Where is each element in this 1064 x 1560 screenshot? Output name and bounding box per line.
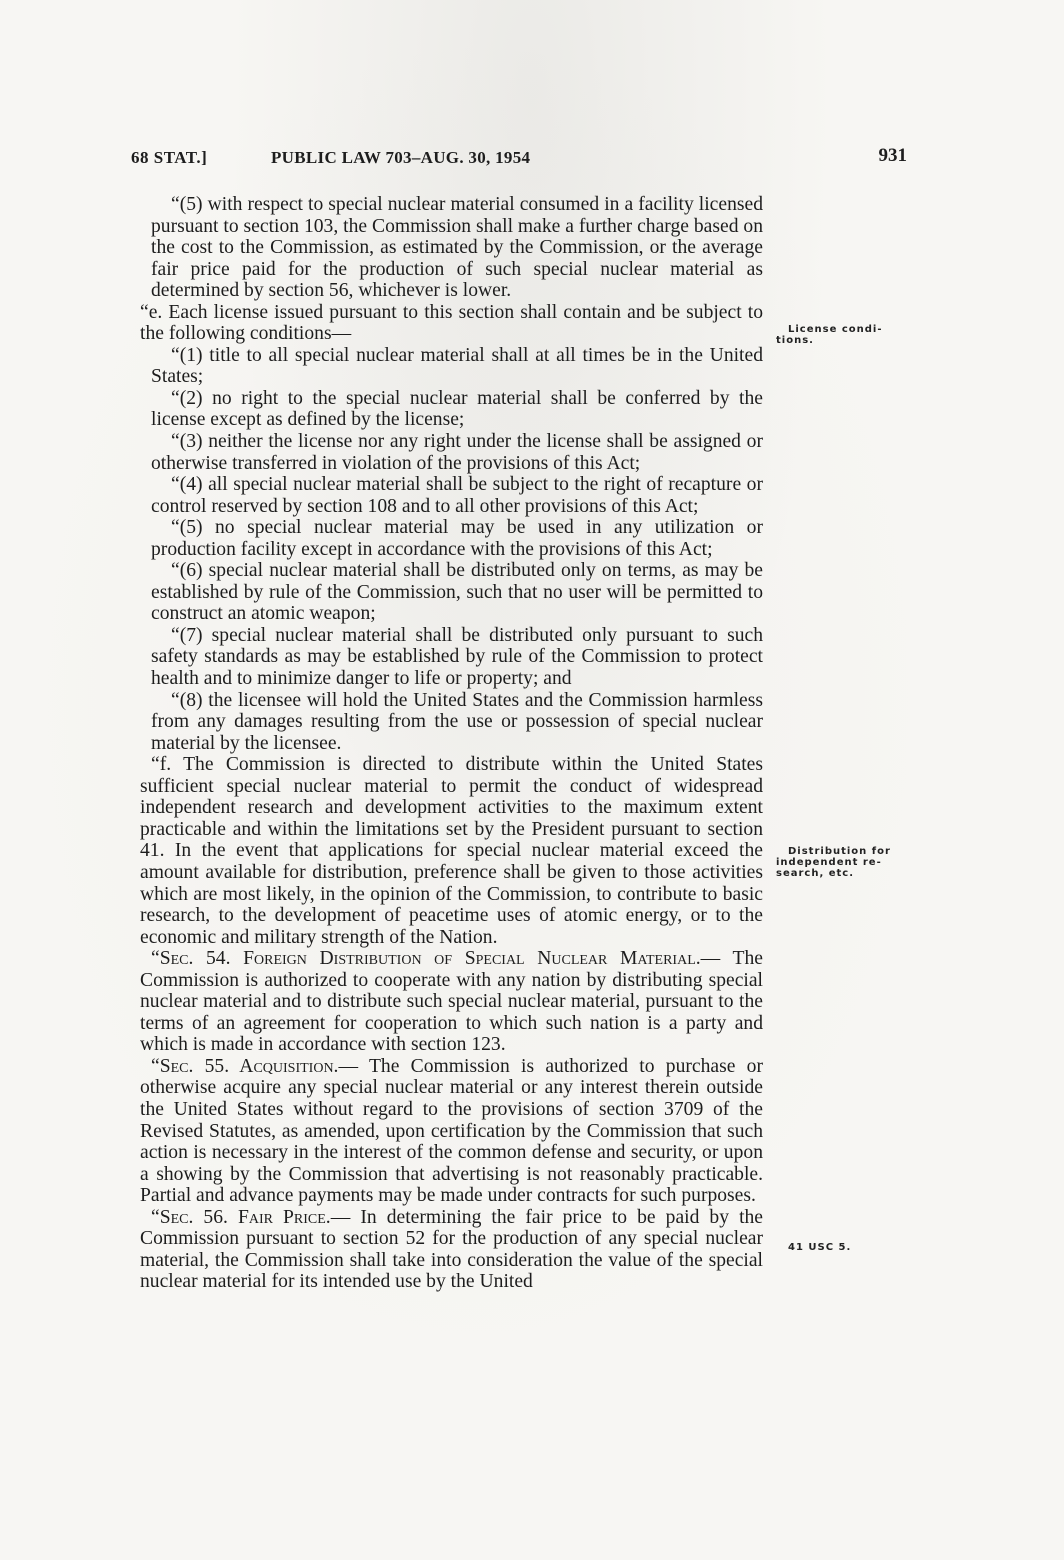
section-55-text: The Commission is authorized to purchase…	[140, 1056, 763, 1206]
condition-5: “(5) no special nuclear material may be …	[151, 517, 763, 560]
condition-8: “(8) the licensee will hold the United S…	[151, 690, 763, 755]
section-55: “Sec. 55. Acquisition.— The Commission i…	[140, 1056, 763, 1207]
section-55-heading: “Sec. 55. Acquisition.—	[151, 1056, 358, 1077]
section-56: “Sec. 56. Fair Price.— In determining th…	[140, 1207, 763, 1293]
section-54: “Sec. 54. Foreign Distribution of Specia…	[140, 948, 763, 1056]
statute-volume: 68 STAT.]	[131, 148, 207, 168]
section-54-heading: “Sec. 54. Foreign Distribution of Specia…	[151, 948, 720, 969]
condition-6: “(6) special nuclear material shall be d…	[151, 560, 763, 625]
condition-2: “(2) no right to the special nuclear mat…	[151, 388, 763, 431]
margin-note-usc: 41 USC 5.	[788, 1242, 851, 1253]
condition-7: “(7) special nuclear material shall be d…	[151, 625, 763, 690]
condition-1: “(1) title to all special nuclear materi…	[151, 345, 763, 388]
statute-body: “(5) with respect to special nuclear mat…	[151, 194, 763, 1293]
section-56-heading: “Sec. 56. Fair Price.—	[151, 1207, 350, 1228]
paragraph-e-intro: “e. Each license issued pursuant to this…	[140, 302, 763, 345]
margin-note-license-conditions: License condi- tions.	[776, 324, 883, 346]
paragraph-f: “f. The Commission is directed to distri…	[140, 754, 763, 948]
paragraph-5-charge: “(5) with respect to special nuclear mat…	[151, 194, 763, 302]
page-number: 931	[879, 145, 908, 167]
margin-note-distribution: Distribution for independent re- search,…	[776, 846, 891, 879]
condition-3: “(3) neither the license nor any right u…	[151, 431, 763, 474]
law-title: PUBLIC LAW 703–AUG. 30, 1954	[271, 148, 530, 168]
running-header: 68 STAT.] PUBLIC LAW 703–AUG. 30, 1954 9…	[131, 148, 907, 172]
condition-4: “(4) all special nuclear material shall …	[151, 474, 763, 517]
